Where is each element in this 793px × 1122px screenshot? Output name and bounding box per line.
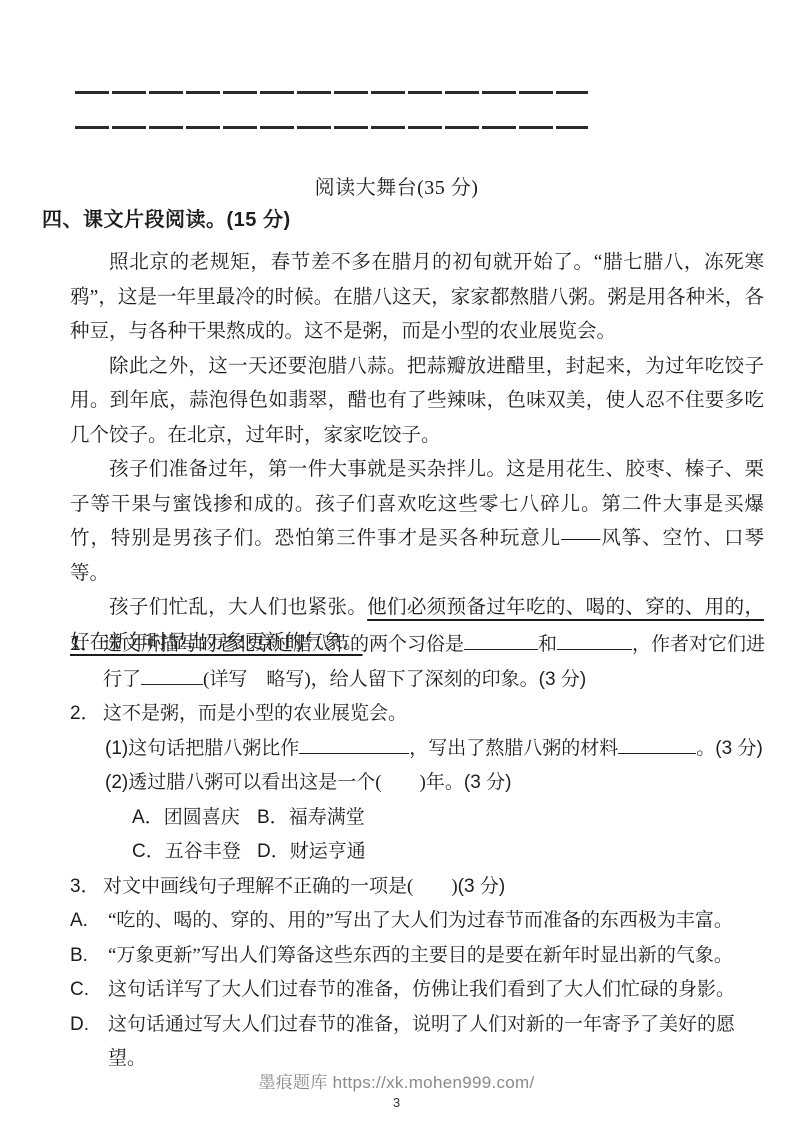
reading-passage: 照北京的老规矩，春节差不多在腊月的初旬就开始了。“腊七腊八，冻死寒鸦”，这是一年…	[70, 246, 764, 660]
option-text: 财运亨通	[290, 841, 366, 862]
sub-question-label: (1)	[105, 738, 128, 759]
option-label: D.	[70, 1008, 89, 1043]
question-text: 透过腊八粥可以看出这是一个( )年。	[128, 772, 464, 793]
question-text: 和	[538, 634, 557, 655]
question-1: 1． 选文所描写的老北京过腊八节的两个习俗是和，作者对它们进行了(详写 略写)，…	[70, 628, 767, 697]
page-number: 3	[0, 1095, 793, 1110]
fill-in-blank	[141, 665, 203, 685]
question-list: 1． 选文所描写的老北京过腊八节的两个习俗是和，作者对它们进行了(详写 略写)，…	[70, 628, 767, 1077]
option-label: A．	[132, 807, 164, 828]
option-c: C．五谷丰登	[132, 835, 257, 870]
option-label: B．	[257, 807, 289, 828]
q2-option-row: C．五谷丰登D．财运亨通	[70, 835, 767, 870]
option-text: 这句话通过写大人们过春节的准备，说明了人们对新的一年寄予了美好的愿望。	[108, 1014, 735, 1070]
question-3: 3． 对文中画线句子理解不正确的一项是( )(3 分)	[70, 870, 767, 905]
question-text: (详写 略写)，给人留下了深刻的印象。	[203, 669, 539, 690]
passage-paragraph: 孩子们准备过年，第一件大事就是买杂拌儿。这是用花生、胶枣、榛子、栗子等干果与蜜饯…	[70, 453, 764, 591]
option-text: 五谷丰登	[165, 841, 241, 862]
question-text: 这句话把腊八粥比作	[128, 738, 299, 759]
fill-in-blank	[557, 630, 632, 650]
option-text: 福寿满堂	[289, 807, 365, 828]
option-text: 这句话详写了大人们过春节的准备，仿佛让我们看到了大人们忙碌的身影。	[108, 979, 735, 1000]
passage-paragraph: 除此之外，这一天还要泡腊八蒜。把蒜瓣放进醋里，封起来，为过年吃饺子用。到年底，蒜…	[70, 350, 764, 454]
question-text: 对文中画线句子理解不正确的一项是( )	[103, 876, 458, 897]
option-label: C.	[70, 973, 89, 1008]
question-number: 1．	[70, 628, 100, 663]
score-label: (3 分)	[715, 738, 763, 759]
answer-blank-line	[75, 126, 588, 129]
fill-in-blank	[299, 734, 409, 754]
question-2-sub-2: (2)透过腊八粥可以看出这是一个( )年。(3 分)	[70, 766, 767, 801]
passage-paragraph: 照北京的老规矩，春节差不多在腊月的初旬就开始了。“腊七腊八，冻死寒鸦”，这是一年…	[70, 246, 764, 350]
question-number: 2．	[70, 697, 100, 732]
option-a: A．团圆喜庆	[132, 801, 257, 836]
q3-option-a: A. “吃的、喝的、穿的、用的”写出了大人们为过春节而准备的东西极为丰富。	[70, 904, 767, 939]
score-label: (3 分)	[539, 669, 587, 690]
option-label: D．	[257, 841, 290, 862]
option-b: B．福寿满堂	[257, 807, 365, 828]
question-text: 这不是粥，而是小型的农业展览会。	[103, 703, 407, 724]
fill-in-blank	[618, 734, 696, 754]
fill-in-blank	[464, 630, 538, 650]
question-text: 。	[696, 738, 715, 759]
option-text: “万象更新”写出人们筹备这些东西的主要目的是要在新年时显出新的气象。	[108, 945, 733, 966]
option-text: “吃的、喝的、穿的、用的”写出了大人们为过春节而准备的东西极为丰富。	[108, 910, 733, 931]
option-d: D．财运亨通	[257, 841, 366, 862]
q3-option-c: C. 这句话详写了大人们过春节的准备，仿佛让我们看到了大人们忙碌的身影。	[70, 973, 767, 1008]
question-text: ，写出了熬腊八粥的材料	[409, 738, 618, 759]
q2-option-row: A．团圆喜庆B．福寿满堂	[70, 801, 767, 836]
question-2-sub-1: (1)这句话把腊八粥比作，写出了熬腊八粥的材料。(3 分)	[70, 732, 767, 767]
worksheet-page: 阅读大舞台(35 分) 四、课文片段阅读。(15 分) 照北京的老规矩，春节差不…	[0, 0, 793, 1122]
q3-option-b: B. “万象更新”写出人们筹备这些东西的主要目的是要在新年时显出新的气象。	[70, 939, 767, 974]
option-label: C．	[132, 841, 165, 862]
q3-option-d: D. 这句话通过写大人们过春节的准备，说明了人们对新的一年寄予了美好的愿望。	[70, 1008, 767, 1077]
option-label: B.	[70, 939, 88, 974]
exercise-title: 四、课文片段阅读。(15 分)	[42, 203, 291, 232]
option-label: A.	[70, 904, 88, 939]
score-label: (3 分)	[458, 876, 506, 897]
option-text: 团圆喜庆	[164, 807, 240, 828]
paragraph-lead: 孩子们忙乱，大人们也紧张。	[109, 597, 367, 618]
score-label: (3 分)	[464, 772, 512, 793]
sub-question-label: (2)	[105, 772, 128, 793]
question-text: 选文所描写的老北京过腊八节的两个习俗是	[103, 634, 464, 655]
section-heading: 阅读大舞台(35 分)	[0, 171, 793, 200]
question-2: 2． 这不是粥，而是小型的农业展览会。	[70, 697, 767, 732]
footer-source: 墨痕题库 https://xk.mohen999.com/	[0, 1068, 793, 1093]
answer-blank-line	[75, 91, 588, 94]
question-number: 3．	[70, 870, 100, 905]
